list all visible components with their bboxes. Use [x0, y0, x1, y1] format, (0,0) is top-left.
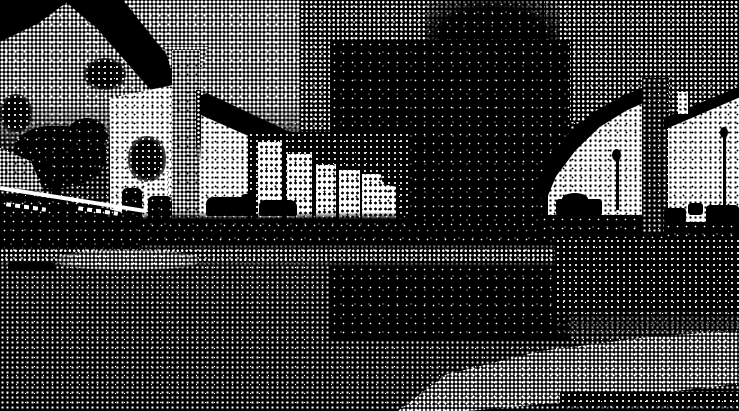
street-lamp-arch-pole	[616, 158, 619, 210]
right-opening-car-2	[688, 203, 703, 215]
pillar-left-edge	[196, 90, 201, 162]
car-in-arch-body	[556, 199, 602, 216]
right-opening-notch	[678, 92, 688, 114]
tree-canopy-3	[66, 118, 108, 156]
street-lamp-right-pole	[723, 136, 726, 216]
midground-road-bright	[58, 250, 198, 270]
dark-bar	[8, 262, 54, 271]
bottom-right-shadow	[560, 392, 739, 411]
dithered-photo-underpass	[0, 0, 739, 411]
parked-car-3	[241, 194, 255, 206]
haze-blob-2	[0, 94, 32, 132]
right-opening-car-1	[664, 208, 686, 223]
foreground-shadow-right	[555, 238, 739, 338]
foliage-mid	[128, 136, 166, 182]
haze-blob-1	[84, 58, 126, 90]
